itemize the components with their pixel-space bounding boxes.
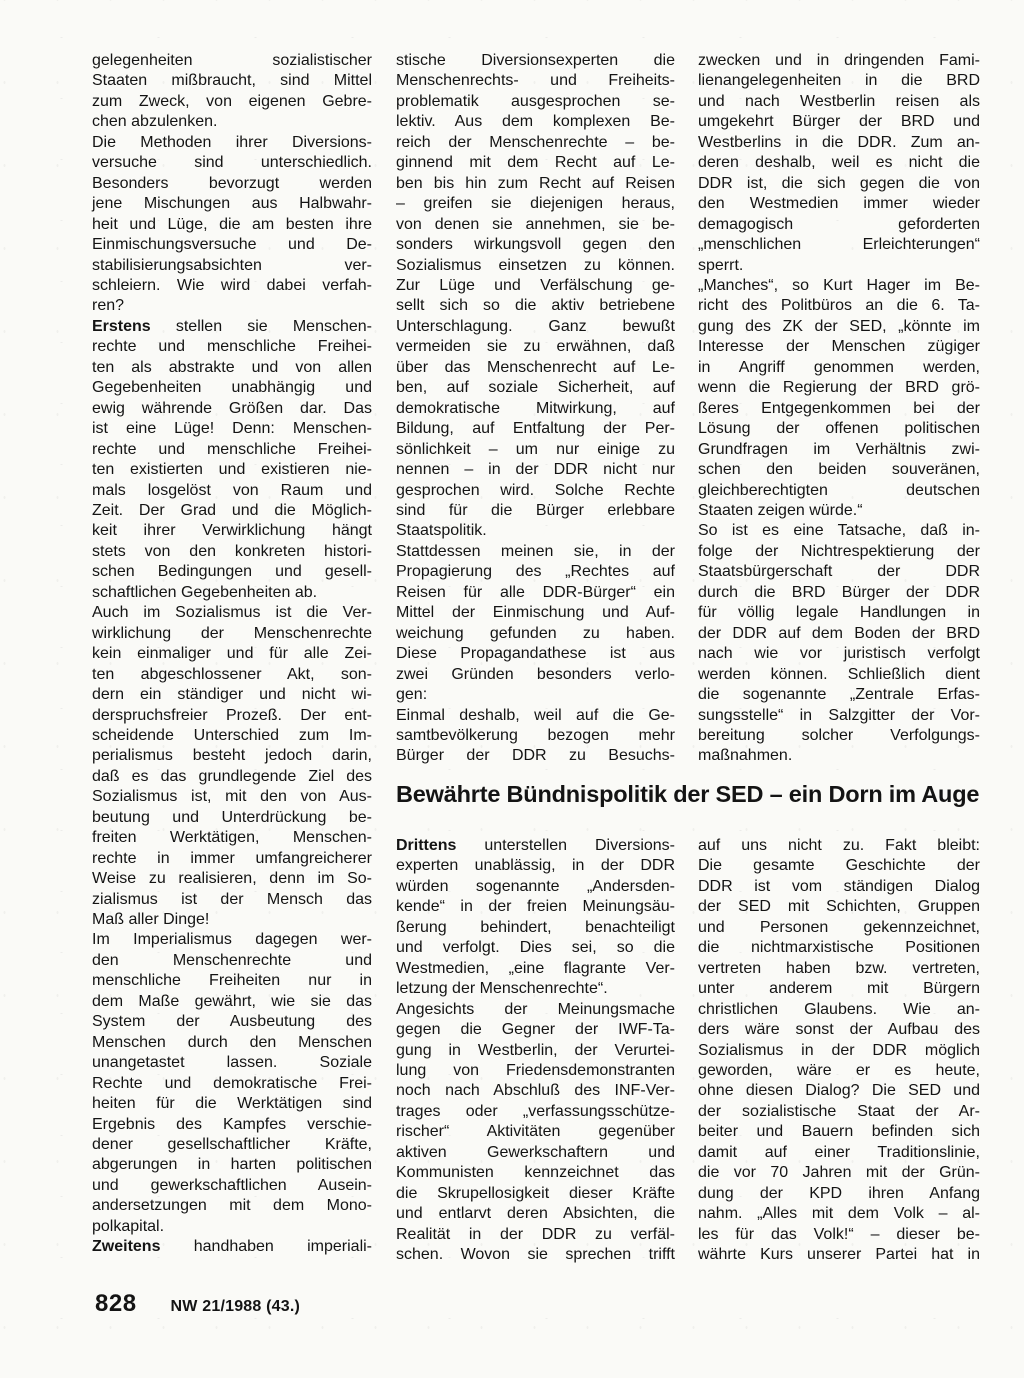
text-line: Unterschlagung. Ganz bewußt [396, 317, 675, 337]
text-line: Staatsbürgerschaft der DDR [698, 562, 980, 582]
text-line: Grundfragen im Verhältnis zwi- [698, 440, 980, 460]
text-line: „menschlichen Erleichterungen“ [698, 235, 980, 255]
text-line: weichung gefunden zu haben. [396, 624, 675, 644]
text-line: gung des ZK der SED, „könnte im [698, 317, 980, 337]
text-line: Stattdessen meinen sie, in der [396, 542, 675, 562]
text-line: Sozialismus einsetzen zu können. [396, 256, 675, 276]
text-line: Menschen durch den Menschen [92, 1033, 372, 1053]
text-line: vertreten haben bzw. vertreten, [698, 959, 980, 979]
text-line: Im Imperialismus dagegen wer- [92, 930, 372, 950]
text-line: ten existierten und existieren nie- [92, 460, 372, 480]
text-line: bereitung solcher Verfolgungs- [698, 726, 980, 746]
text-line: sungsstelle“ in Salzgitter der Vor- [698, 706, 980, 726]
text-line: gleichberechtigten deutschen [698, 481, 980, 501]
text-line: Ergebnis des Kampfes verschie- [92, 1115, 372, 1135]
text-line: samtbevölkerung bezogen mehr [396, 726, 675, 746]
text-line: die vor 70 Jahren mit der Grün- [698, 1163, 980, 1183]
text-line: trages oder „verfassungsschütze- [396, 1102, 675, 1122]
text-line: die sogenannte „Zentrale Erfas- [698, 685, 980, 705]
text-line: letzung der Menschenrechte“. [396, 979, 675, 999]
text-line: Staaten mißbraucht, sind Mittel [92, 71, 372, 91]
text-line: zum Zweck, von eigenen Gebre- [92, 92, 372, 112]
text-line: damit auf einer Traditionslinie, [698, 1143, 980, 1163]
text-line: in Angriff genommen werden, [698, 358, 980, 378]
right-column-lower: auf uns nicht zu. Fakt bleibt:Die gesamt… [698, 836, 980, 1266]
text-line: heit und Lüge, die am besten ihre [92, 215, 372, 235]
text-line: DDR ist vom ständigen Dialog [698, 877, 980, 897]
text-line: mals losgelöst von Raum und [92, 481, 372, 501]
text-line: christlichen Glaubens. Wie an- [698, 1000, 980, 1020]
text-line: jene Mischungen aus Halbwahr- [92, 194, 372, 214]
text-line: nennen – in der DDR nicht nur [396, 460, 675, 480]
text-line: System der Ausbeutung des [92, 1012, 372, 1032]
text-line: ßeres Entgegenkommen bei der [698, 399, 980, 419]
text-line: stische Diversionsexperten die [396, 51, 675, 71]
text-line: DDR ist, die sich gegen die von [698, 174, 980, 194]
text-line: die nichtmarxistische Positionen [698, 938, 980, 958]
text-line: Auch im Sozialismus ist die Ver- [92, 603, 372, 623]
text-line: und entlarvt deren Absichten, die [396, 1204, 675, 1224]
text-line: scheidende Unterschied zum Im- [92, 726, 372, 746]
text-line: wenn die Regierung der BRD grö- [698, 378, 980, 398]
text-line: nach wie vor juristisch verfolgt [698, 644, 980, 664]
text-line: und Personen gekennzeichnet, [698, 918, 980, 938]
text-line: Zweitens handhaben imperiali- [92, 1237, 372, 1257]
text-line: demokratische Mitwirkung, auf [396, 399, 675, 419]
text-line: ders wäre sonst der Aufbau des [698, 1020, 980, 1040]
text-line: polkapital. [92, 1217, 372, 1237]
text-line: Bildung, auf Entfaltung der Per- [396, 419, 675, 439]
text-line: richt des Politbüros an die 6. Ta- [698, 296, 980, 316]
text-line: schleiern. Wie wird dabei verfah- [92, 276, 372, 296]
text-line: beutung und Unterdrückung be- [92, 808, 372, 828]
text-line: dern ein ständiger und nicht wi- [92, 685, 372, 705]
text-line: und gewerkschaftlichen Ausein- [92, 1176, 372, 1196]
text-line: freiten Werktätigen, Menschen- [92, 828, 372, 848]
text-line: Drittens unterstellen Diversions- [396, 836, 675, 856]
text-line: Westmedien, „eine flagrante Ver- [396, 959, 675, 979]
text-line: lung von Friedensdemonstranten [396, 1061, 675, 1081]
text-line: derspruchsfreier Prozeß. Der ent- [92, 706, 372, 726]
text-line: ohne diesen Dialog? Die SED und [698, 1081, 980, 1101]
text-line: chen abzulenken. [92, 112, 372, 132]
text-line: rechte und menschliche Freihei- [92, 337, 372, 357]
text-line: unter anderem mit Bürgern [698, 979, 980, 999]
text-line: Lösung der offenen politischen [698, 419, 980, 439]
text-line: Realität in der DDR zu verfäl- [396, 1225, 675, 1245]
text-line: ben, auf soziale Sicherheit, auf [396, 378, 675, 398]
text-line: lektiv. Aus dem komplexen Be- [396, 112, 675, 132]
middle-column-upper: stische Diversionsexperten dieMenschenre… [396, 51, 675, 767]
text-line: experten unablässig, in der DDR [396, 856, 675, 876]
text-line: und nach Westberlin reisen als [698, 92, 980, 112]
text-line: schaftlichen Gegebenheiten ab. [92, 583, 372, 603]
text-line: unangetastet lassen. Soziale [92, 1053, 372, 1073]
text-line: kein einmaliger und für alle Zei- [92, 644, 372, 664]
text-line: ten abgeschlossener Akt, son- [92, 665, 372, 685]
text-line: würden sogenannte „Andersden- [396, 877, 675, 897]
text-line: ewig währende Größen dar. Das [92, 399, 372, 419]
text-line: Propagierung des „Rechtes auf [396, 562, 675, 582]
text-line: lienangelegenheiten in die BRD [698, 71, 980, 91]
text-line: schen den beiden souveränen, [698, 460, 980, 480]
text-line: Interesse der Menschen zügiger [698, 337, 980, 357]
text-line: demagogisch geforderten [698, 215, 980, 235]
text-line: dener gesellschaftlicher Kräfte, [92, 1135, 372, 1155]
text-line: wirklichung der Menschenrechte [92, 624, 372, 644]
text-line: Rechte und demokratische Frei- [92, 1074, 372, 1094]
text-line: Zeit. Der Grad und die Möglich- [92, 501, 372, 521]
text-line: kende“ in der freien Meinungsäu- [396, 897, 675, 917]
text-line: über das Menschenrecht auf Le- [396, 358, 675, 378]
text-line: den Westmedien immer wieder [698, 194, 980, 214]
text-line: der sozialistische Staat der Ar- [698, 1102, 980, 1122]
text-line: Besonders bevorzugt werden [92, 174, 372, 194]
text-line: geworden, wäre er es heute, [698, 1061, 980, 1081]
text-line: ben bis hin zum Recht auf Reisen [396, 174, 675, 194]
text-line: umgekehrt Bürger der BRD und [698, 112, 980, 132]
text-line: keit ihrer Verwirklichung hängt [92, 521, 372, 541]
text-line: auf uns nicht zu. Fakt bleibt: [698, 836, 980, 856]
text-line: Westberlins in die DDR. Zum an- [698, 133, 980, 153]
text-line: zwecken und in dringenden Fami- [698, 51, 980, 71]
text-line: – greifen sie diejenigen heraus, [396, 194, 675, 214]
text-line: Die Methoden ihrer Diversions- [92, 133, 372, 153]
text-line: Reisen für alle DDR-Bürger“ ein [396, 583, 675, 603]
text-line: Bürger der DDR zu Besuchs- [396, 746, 675, 766]
text-line: stets von den konkreten histori- [92, 542, 372, 562]
text-line: versuche sind unterschiedlich. [92, 153, 372, 173]
text-line: Mittel der Einmischung und Auf- [396, 603, 675, 623]
text-line: Kommunisten kennzeichnet das [396, 1163, 675, 1183]
text-line: Erstens stellen sie Menschen- [92, 317, 372, 337]
text-line: Staatspolitik. [396, 521, 675, 541]
text-line: ren? [92, 296, 372, 316]
text-line: sönlichkeit – um nur einige zu [396, 440, 675, 460]
text-line: Gegebenheiten unabhängig und [92, 378, 372, 398]
text-line: nahm. „Alles mit dem Volk – al- [698, 1204, 980, 1224]
text-line: folge der Nichtrespektierung der [698, 542, 980, 562]
text-line: werden können. Schließlich dient [698, 665, 980, 685]
text-line: schen Bedingungen und gesell- [92, 562, 372, 582]
text-line: aktiven Gewerkschaftern und [396, 1143, 675, 1163]
text-line: rischer“ Aktivitäten gegenüber [396, 1122, 675, 1142]
text-line: So ist es eine Tatsache, daß in- [698, 521, 980, 541]
text-line: sperrt. [698, 256, 980, 276]
text-line: noch nach Abschluß des INF-Ver- [396, 1081, 675, 1101]
page-footer: 828 NW 21/1988 (43.) [95, 1290, 300, 1318]
right-column-upper: zwecken und in dringenden Fami-lienangel… [698, 51, 980, 767]
text-line: rechte in immer umfangreicherer [92, 849, 372, 869]
middle-column-lower: Drittens unterstellen Diversions-experte… [396, 836, 675, 1266]
text-line: gegen die Gegner der IWF-Ta- [396, 1020, 675, 1040]
text-line: schen. Wovon sie sprechen trifft [396, 1245, 675, 1265]
text-line: gen: [396, 685, 675, 705]
text-line: menschliche Freiheiten nur in [92, 971, 372, 991]
text-line: dem Maße gewährt, wie sie das [92, 992, 372, 1012]
text-line: andersetzungen mit dem Mono- [92, 1196, 372, 1216]
text-line: sellt sich so die aktiv betriebene [396, 296, 675, 316]
text-line: gelegenheiten sozialistischer [92, 51, 372, 71]
text-line: sind für die Bürger erlebbare [396, 501, 675, 521]
text-line: abgerungen in harten politischen [92, 1155, 372, 1175]
text-line: der SED mit Schichten, Gruppen [698, 897, 980, 917]
text-line: reich der Menschenrechte – be- [396, 133, 675, 153]
text-line: Zur Lüge und Verfälschung ge- [396, 276, 675, 296]
text-line: Die gesamte Geschichte der [698, 856, 980, 876]
text-line: sonders wirkungsvoll gegen den [396, 235, 675, 255]
text-line: Einmischungsversuche und De- [92, 235, 372, 255]
text-line: rechte und menschliche Freihei- [92, 440, 372, 460]
issue-label: NW 21/1988 (43.) [171, 1298, 300, 1316]
text-line: Staaten zeigen würde.“ [698, 501, 980, 521]
text-line: gung in Westberlin, der Verurtei- [396, 1041, 675, 1061]
text-line: ten als abstrakte und von allen [92, 358, 372, 378]
text-line: die Skrupellosigkeit dieser Kräfte [396, 1184, 675, 1204]
text-line: Diese Propagandathese ist aus [396, 644, 675, 664]
text-line: ginnend mit dem Recht auf Le- [396, 153, 675, 173]
text-line: den Menschenrechte und [92, 951, 372, 971]
text-line: perialismus besteht jedoch darin, [92, 746, 372, 766]
text-line: von denen sie annehmen, sie be- [396, 215, 675, 235]
text-line: stabilisierungsabsichten ver- [92, 256, 372, 276]
text-line: Menschenrechts- und Freiheits- [396, 71, 675, 91]
text-line: Angesichts der Meinungsmache [396, 1000, 675, 1020]
text-line: für völlig legale Handlungen in [698, 603, 980, 623]
text-line: dung der KPD ihren Anfang [698, 1184, 980, 1204]
text-line: ßerung behindert, benachteiligt [396, 918, 675, 938]
text-line: „Manches“, so Kurt Hager im Be- [698, 276, 980, 296]
text-line: Einmal deshalb, weil auf die Ge- [396, 706, 675, 726]
page-number: 828 [95, 1290, 137, 1318]
text-line: Sozialismus ist, mit den von Aus- [92, 787, 372, 807]
text-line: Maß aller Dinge! [92, 910, 372, 930]
text-line: beiter und Bauern befinden sich [698, 1122, 980, 1142]
text-line: Weise zu realisieren, denn im So- [92, 869, 372, 889]
text-line: währte Kurs unserer Partei hat in [698, 1245, 980, 1265]
text-line: zwei Gründen besonders verlo- [396, 665, 675, 685]
section-heading: Bewährte Bündnispolitik der SED – ein Do… [396, 781, 982, 808]
text-line: deren deshalb, weil es nicht die [698, 153, 980, 173]
text-line: der DDR auf dem Boden der BRD [698, 624, 980, 644]
text-line: gesprochen wird. Solche Rechte [396, 481, 675, 501]
left-column: gelegenheiten sozialistischerStaaten miß… [92, 51, 372, 1258]
text-line: maßnahmen. [698, 746, 980, 766]
text-line: Sozialismus in der DDR möglich [698, 1041, 980, 1061]
text-line: und verfolgt. Dies sei, so die [396, 938, 675, 958]
text-line: zialismus ist der Mensch das [92, 890, 372, 910]
text-line: durch die BRD Bürger der DDR [698, 583, 980, 603]
text-line: les für das Volk!“ – dieser be- [698, 1225, 980, 1245]
text-line: vermeiden sie zu erwähnen, daß [396, 337, 675, 357]
text-line: daß es das grundlegende Ziel des [92, 767, 372, 787]
text-line: problematik ausgesprochen se- [396, 92, 675, 112]
text-line: ist eine Lüge! Denn: Menschen- [92, 419, 372, 439]
text-line: heiten für die Werktätigen sind [92, 1094, 372, 1114]
